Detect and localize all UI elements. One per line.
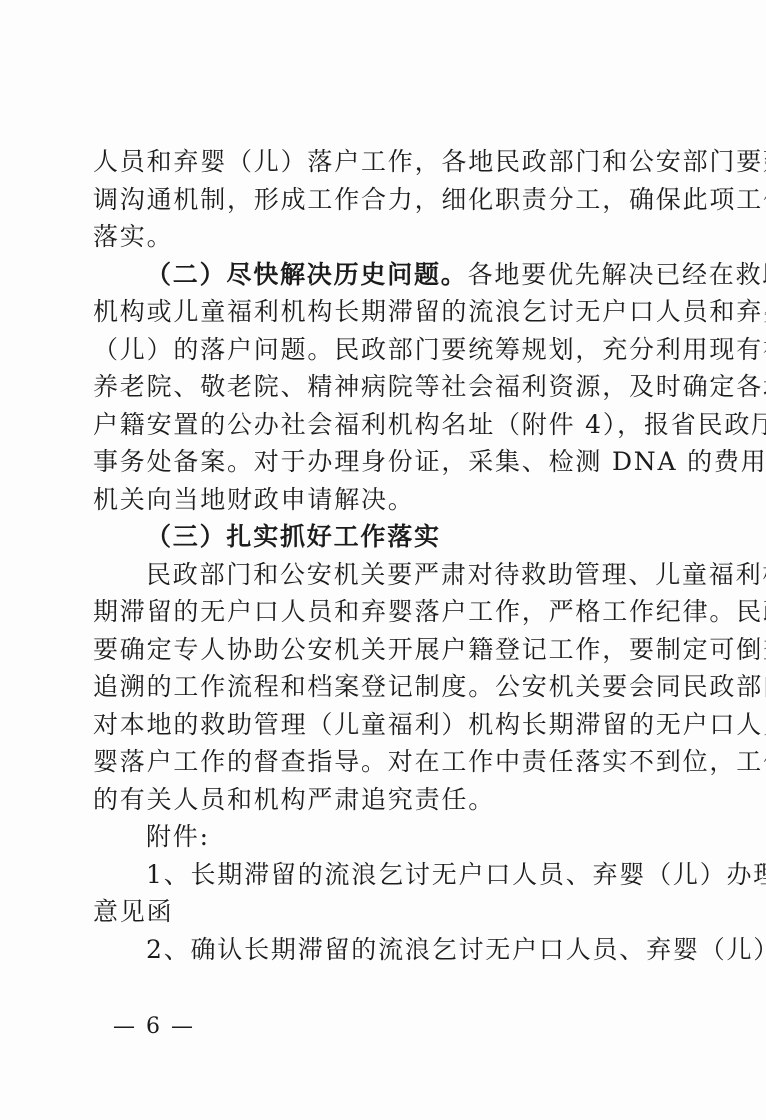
section-3-heading-line: （三）扎实抓好工作落实 (93, 518, 685, 556)
paragraph-line: 人员和弃婴（儿）落户工作，各地民政部门和公安部门要建立协 (93, 143, 685, 181)
paragraph-line: 机关向当地财政申请解决。 (93, 481, 685, 519)
section-2-heading-line: （二）尽快解决历史问题。各地要优先解决已经在救助保护 (93, 256, 685, 294)
attachment-item-1-cont: 意见函 (93, 893, 685, 931)
line-text: 要确定专人协助公安机关开展户籍登记工作，要制定可倒查、可 (93, 635, 766, 664)
paragraph-line: 对本地的救助管理（儿童福利）机构长期滞留的无户口人员和弃 (93, 706, 685, 744)
line-text: 意见函 (93, 897, 173, 926)
line-text: 婴落户工作的督查指导。对在工作中责任落实不到位，工作不力 (93, 747, 766, 776)
line-text: 落实。 (93, 222, 173, 251)
paragraph-line: 落实。 (93, 218, 685, 256)
paragraph-line: 期滞留的无户口人员和弃婴落户工作，严格工作纪律。民政部门 (93, 593, 685, 631)
attachment-item-1: 1、长期滞留的流浪乞讨无户口人员、弃婴（儿）办理落户 (93, 856, 685, 894)
line-text: 1、长期滞留的流浪乞讨无户口人员、弃婴（儿）办理落户 (146, 860, 766, 889)
line-text: 机构或儿童福利机构长期滞留的流浪乞讨无户口人员和弃婴 (93, 297, 766, 326)
paragraph-line: 追溯的工作流程和档案登记制度。公安机关要会同民政部门加强 (93, 668, 685, 706)
line-text: 调沟通机制，形成工作合力，细化职责分工，确保此项工作尽快 (93, 185, 766, 214)
line-text: （儿）的落户问题。民政部门要统筹规划，充分利用现有福利院、 (93, 335, 766, 364)
paragraph-line: 民政部门和公安机关要严肃对待救助管理、儿童福利机构长 (93, 556, 685, 594)
section-heading: （二）尽快解决历史问题。 (146, 260, 468, 289)
line-text: 追溯的工作流程和档案登记制度。公安机关要会同民政部门加强 (93, 672, 766, 701)
line-text: 的有关人员和机构严肃追究责任。 (93, 785, 495, 814)
paragraph-line: （儿）的落户问题。民政部门要统筹规划，充分利用现有福利院、 (93, 331, 685, 369)
paragraph-line: 机构或儿童福利机构长期滞留的流浪乞讨无户口人员和弃婴 (93, 293, 685, 331)
line-text: 期滞留的无户口人员和弃婴落户工作，严格工作纪律。民政部门 (93, 597, 766, 626)
paragraph-line: 户籍安置的公办社会福利机构名址（附件 4），报省民政厅社会 (93, 406, 685, 444)
paragraph-line: 要确定专人协助公安机关开展户籍登记工作，要制定可倒查、可 (93, 631, 685, 669)
page-number: — 6 — (113, 1014, 195, 1039)
paragraph-line: 的有关人员和机构严肃追究责任。 (93, 781, 685, 819)
body-text: 人员和弃婴（儿）落户工作，各地民政部门和公安部门要建立协 调沟通机制，形成工作合… (93, 143, 685, 968)
line-text: 机关向当地财政申请解决。 (93, 485, 415, 514)
line-text: 附件: (146, 822, 210, 851)
line-text: 民政部门和公安机关要严肃对待救助管理、儿童福利机构长 (146, 560, 766, 589)
line-text: 事务处备案。对于办理身份证，采集、检测 DNA 的费用由公安 (93, 447, 766, 476)
paragraph-line: 婴落户工作的督查指导。对在工作中责任落实不到位，工作不力 (93, 743, 685, 781)
line-text: 2、确认长期滞留的流浪乞讨无户口人员、弃婴（儿）办理 (146, 935, 766, 964)
line-text: 养老院、敬老院、精神病院等社会福利资源，及时确定各地进行 (93, 372, 766, 401)
paragraph-line: 调沟通机制，形成工作合力，细化职责分工，确保此项工作尽快 (93, 181, 685, 219)
document-page: 人员和弃婴（儿）落户工作，各地民政部门和公安部门要建立协 调沟通机制，形成工作合… (0, 0, 766, 1120)
attachment-item-2: 2、确认长期滞留的流浪乞讨无户口人员、弃婴（儿）办理 (93, 931, 685, 969)
section-heading: （三）扎实抓好工作落实 (146, 522, 441, 551)
line-text: 人员和弃婴（儿）落户工作，各地民政部门和公安部门要建立协 (93, 147, 766, 176)
paragraph-line: 养老院、敬老院、精神病院等社会福利资源，及时确定各地进行 (93, 368, 685, 406)
attachments-label: 附件: (93, 818, 685, 856)
paragraph-line: 事务处备案。对于办理身份证，采集、检测 DNA 的费用由公安 (93, 443, 685, 481)
line-text: 对本地的救助管理（儿童福利）机构长期滞留的无户口人员和弃 (93, 710, 766, 739)
line-text: 各地要优先解决已经在救助保护 (468, 260, 766, 289)
line-text: 户籍安置的公办社会福利机构名址（附件 4），报省民政厅社会 (93, 410, 766, 439)
